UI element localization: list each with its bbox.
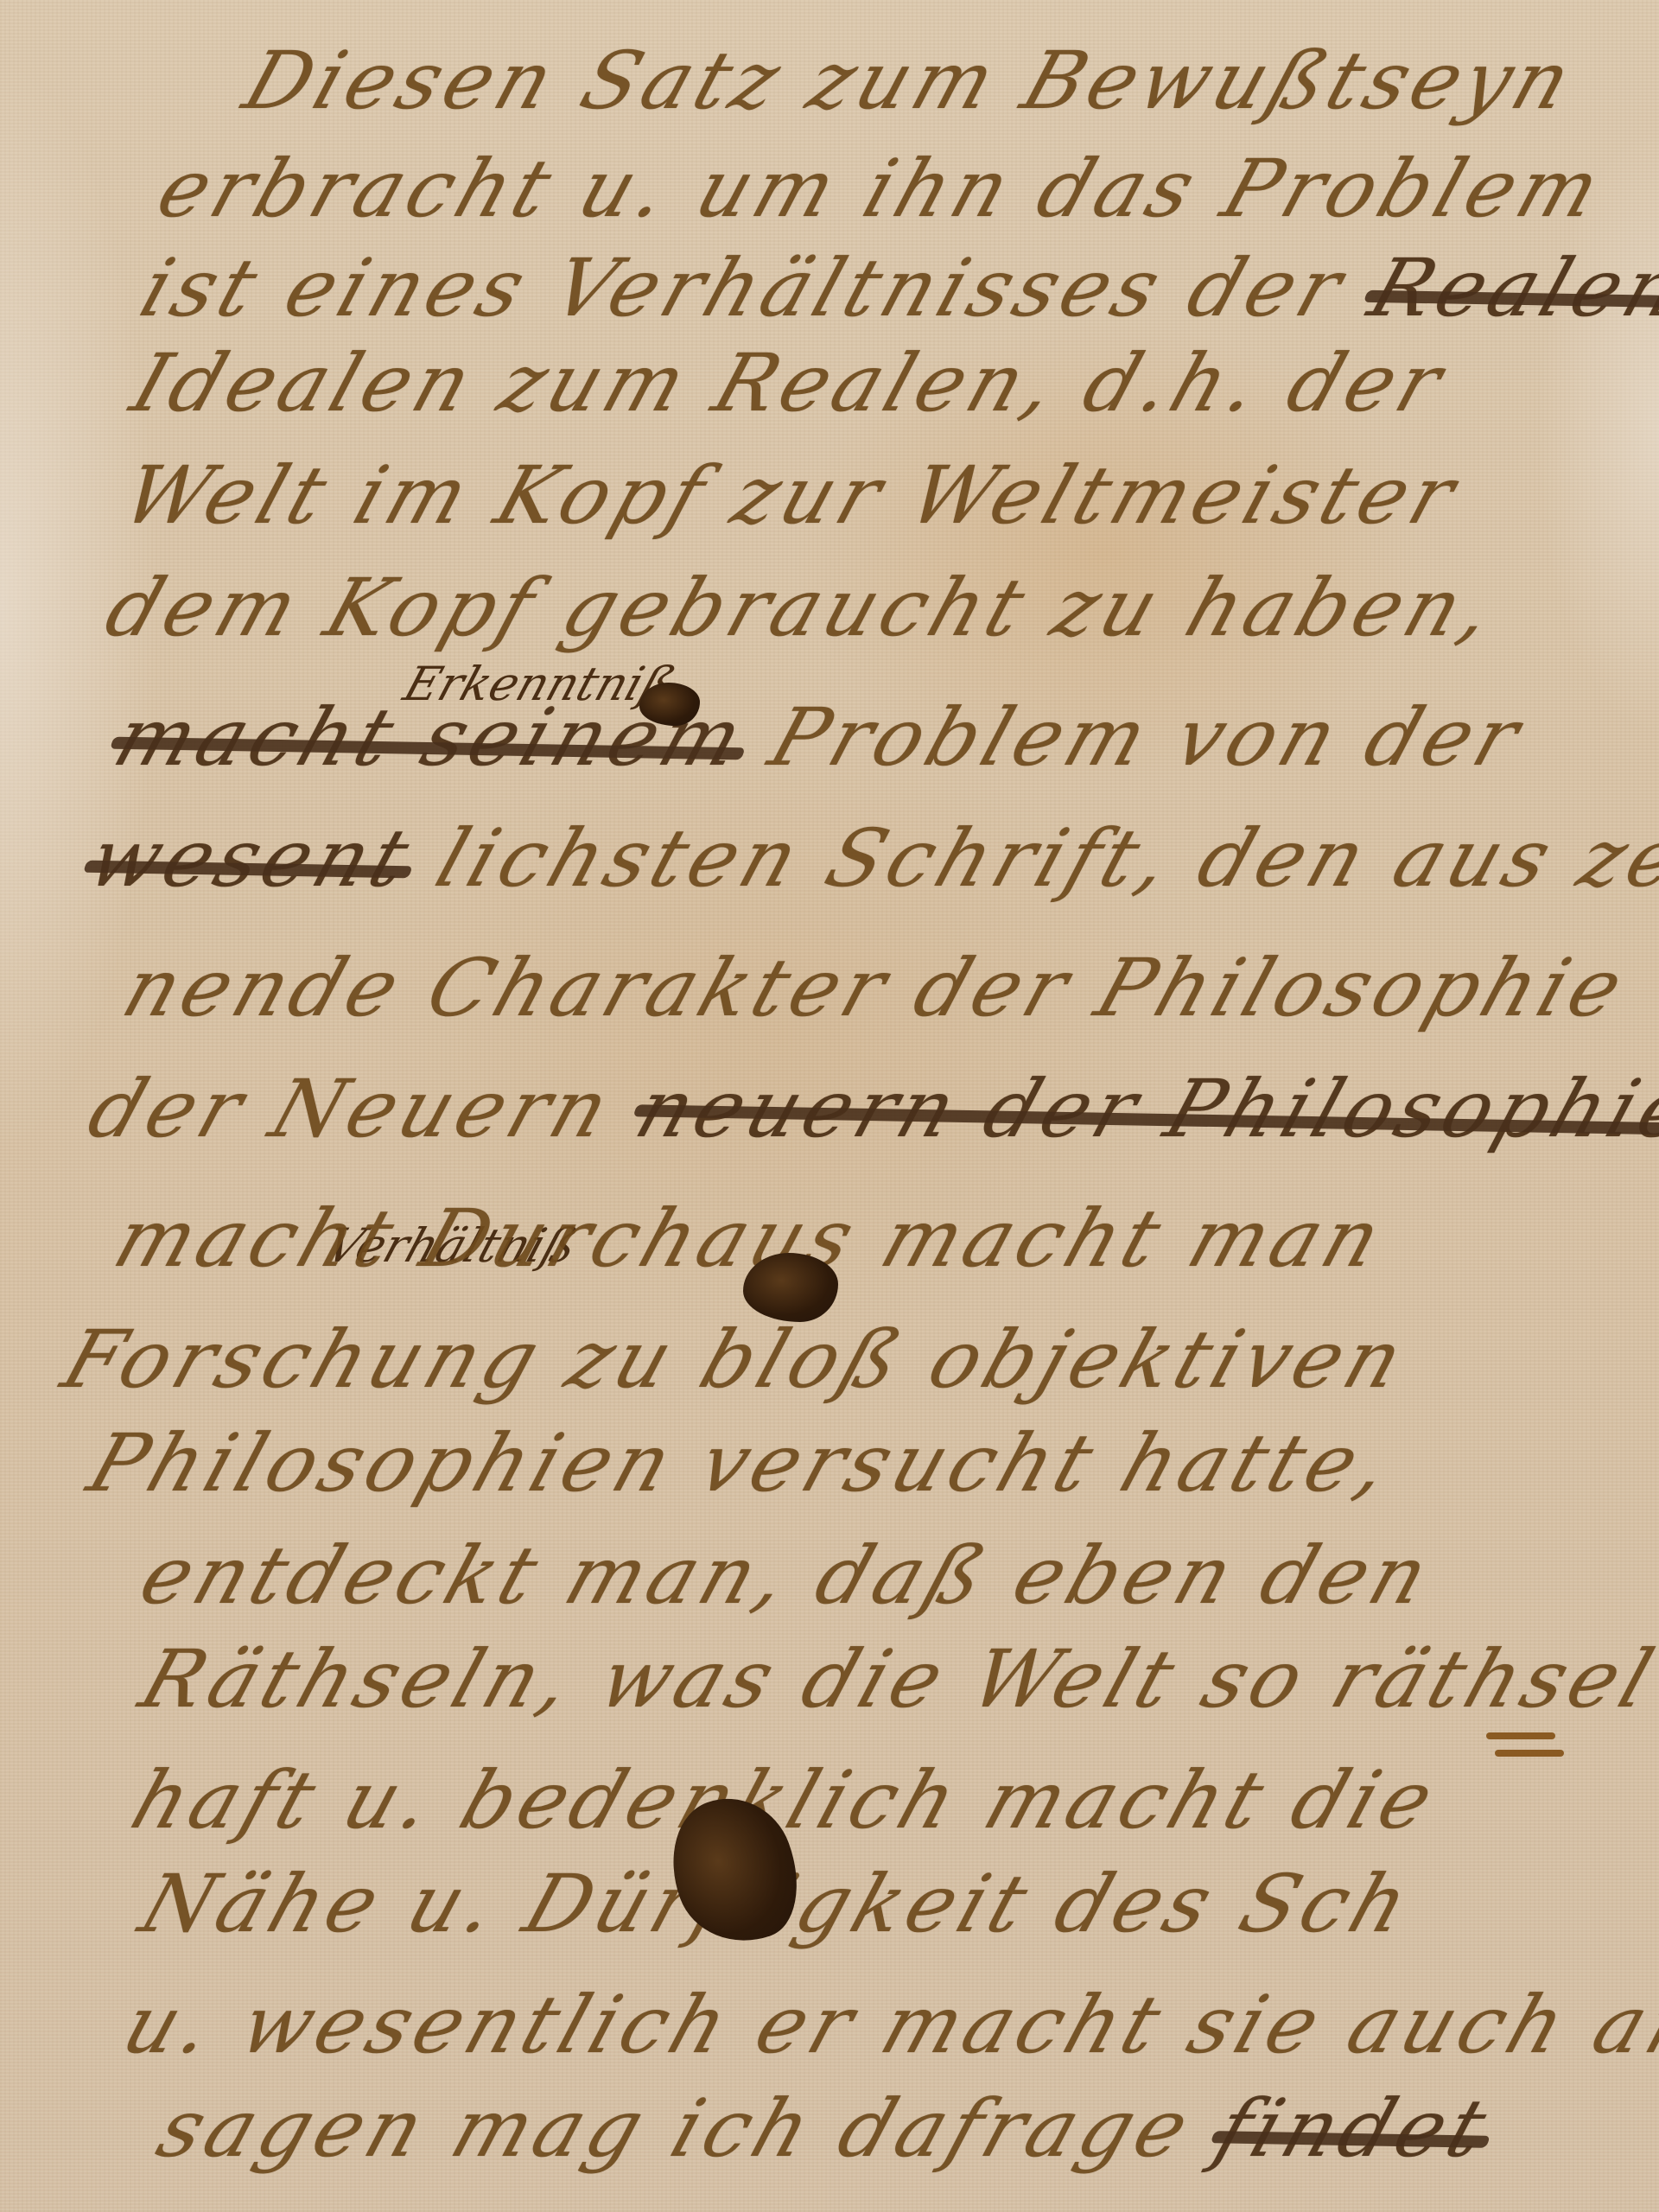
manuscript-line-12: Forschung zu bloß objektiven bbox=[52, 1313, 1419, 1406]
manuscript-line-13: Philosophien versucht hatte, bbox=[78, 1417, 1406, 1510]
line-text: sagen mag ich dafrage bbox=[147, 2082, 1205, 2175]
line-text: Problem von der bbox=[759, 691, 1535, 784]
line-text: Philosophien versucht hatte, bbox=[78, 1417, 1406, 1510]
manuscript-line-5: Welt im Kopf zur Weltmeister bbox=[112, 449, 1471, 542]
ink-blot bbox=[639, 683, 700, 726]
manuscript-line-14: entdeckt man, daß eben den bbox=[130, 1529, 1444, 1622]
double-underline bbox=[1495, 1750, 1564, 1757]
line-text: Welt im Kopf zur Weltmeister bbox=[112, 449, 1471, 542]
double-underline bbox=[1486, 1732, 1555, 1739]
line-text: u. wesentlich er macht sie auch an bbox=[112, 1979, 1659, 2071]
line-text: Räthseln, was die Welt so räthsel bbox=[130, 1633, 1659, 1726]
line-text: dem Kopf gebraucht zu haben, bbox=[95, 562, 1510, 654]
line-text: Idealen zum Realen, d.h. der bbox=[121, 337, 1458, 429]
line-text: erbracht u. um ihn das Problem bbox=[147, 143, 1616, 235]
manuscript-line-7: macht seinem Problem von der bbox=[104, 691, 1535, 784]
ink-blot bbox=[743, 1253, 838, 1322]
manuscript-page: Diesen Satz zum Bewußtseyn erbracht u. u… bbox=[0, 0, 1659, 2212]
struck-word: wesent bbox=[78, 812, 425, 905]
struck-word: findet bbox=[1205, 2082, 1503, 2175]
manuscript-line-6: dem Kopf gebraucht zu haben, bbox=[95, 562, 1510, 654]
struck-word: neuern der Philosophie bbox=[626, 1063, 1659, 1155]
manuscript-line-3: ist eines Verhältnisses der Realen bbox=[130, 242, 1659, 334]
manuscript-line-9: nende Charakter der Philosophie bbox=[112, 942, 1639, 1034]
manuscript-line-15: Räthseln, was die Welt so räthsel bbox=[130, 1633, 1659, 1726]
struck-word: Realen bbox=[1358, 242, 1659, 334]
manuscript-line-19: sagen mag ich dafrage findet bbox=[147, 2082, 1503, 2175]
line-text: der Neuern bbox=[78, 1063, 655, 1155]
manuscript-line-10: der Neuern neuern der Philosophie bbox=[78, 1063, 1659, 1155]
manuscript-line-18: u. wesentlich er macht sie auch an bbox=[112, 1979, 1659, 2071]
manuscript-line-16: haft u. bedenklich macht die bbox=[121, 1754, 1449, 1847]
line-text: Forschung zu bloß objektiven bbox=[52, 1313, 1419, 1406]
line-text: lichsten Schrift, den aus zeich= bbox=[425, 812, 1659, 905]
line-text: haft u. bedenklich macht die bbox=[121, 1754, 1449, 1847]
line-text: nende Charakter der Philosophie bbox=[112, 942, 1639, 1034]
line-text: ist eines Verhältnisses der bbox=[130, 242, 1389, 334]
manuscript-line-1: Diesen Satz zum Bewußtseyn bbox=[233, 35, 1587, 127]
manuscript-line-4: Idealen zum Realen, d.h. der bbox=[121, 337, 1458, 429]
manuscript-line-2: erbracht u. um ihn das Problem bbox=[147, 143, 1616, 235]
line-text: entdeckt man, daß eben den bbox=[130, 1529, 1444, 1622]
line-text: Diesen Satz zum Bewußtseyn bbox=[233, 35, 1587, 127]
manuscript-line-8: wesent lichsten Schrift, den aus zeich= bbox=[78, 812, 1659, 905]
